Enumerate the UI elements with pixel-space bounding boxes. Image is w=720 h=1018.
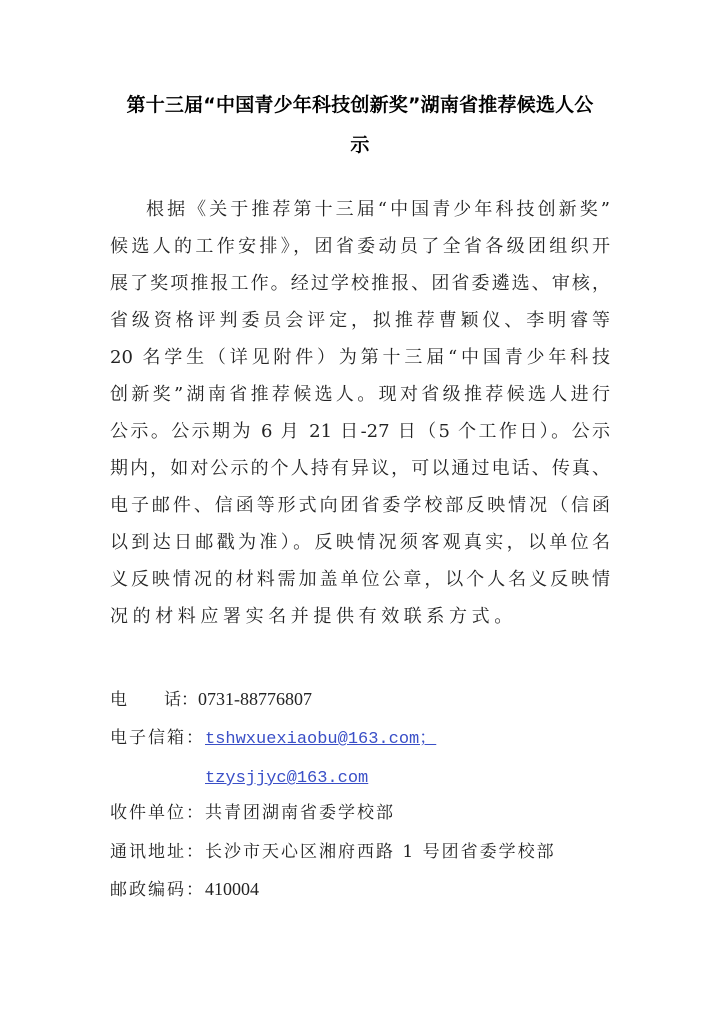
body-line: 20 名学生（详见附件）为第十三届“中国青少年科技 [110, 348, 610, 368]
body-line: 创新奖”湖南省推荐候选人。现对省级推荐候选人进行 [110, 385, 610, 405]
recipient-label: 收件单位： [110, 803, 205, 823]
address-value: 长沙市天心区湘府西路 1 号团省委学校部 [205, 842, 556, 862]
contact-phone: 电话：0731-88776807 [110, 689, 312, 710]
document-title-line-2: 示 [104, 135, 616, 155]
postcode-label: 邮政编码： [110, 880, 205, 900]
body-line: 省级资格评判委员会评定，拟推荐曹颖仪、李明睿等 [110, 311, 610, 331]
email-link-2[interactable]: tzysjjyc@163.com [205, 769, 368, 788]
body-line: 期内，如对公示的个人持有异议，可以通过电话、传真、 [110, 459, 610, 479]
address-label: 通讯地址： [110, 842, 205, 862]
document-title-line-1: 第十三届“中国青少年科技创新奖”湖南省推荐候选人公 [104, 95, 616, 115]
contact-email-2: tzysjjyc@163.com [205, 767, 368, 789]
body-line: 展了奖项推报工作。经过学校推报、团省委遴选、审核， [110, 274, 610, 294]
contact-email: 电子信箱：tshwxuexiaobu@163.com； [110, 728, 436, 750]
phone-label: 电话： [110, 690, 198, 710]
contact-address: 通讯地址：长沙市天心区湘府西路 1 号团省委学校部 [110, 842, 556, 862]
body-line: 电子邮件、信函等形式向团省委学校部反映情况（信函 [110, 496, 610, 516]
postcode-value: 410004 [205, 879, 259, 899]
email-label: 电子信箱： [110, 728, 205, 748]
contact-postcode: 邮政编码：410004 [110, 879, 259, 900]
body-line: 公示。公示期为 6 月 21 日-27 日（5 个工作日）。公示 [110, 422, 610, 442]
phone-value: 0731-88776807 [198, 689, 312, 709]
body-line: 候选人的工作安排》，团省委动员了全省各级团组织开 [110, 237, 610, 257]
body-line: 以到达日邮戳为准）。反映情况须客观真实，以单位名 [110, 533, 610, 553]
contact-recipient: 收件单位：共青团湖南省委学校部 [110, 803, 395, 823]
body-line: 况的材料应署实名并提供有效联系方式。 [110, 607, 610, 627]
email-link-1[interactable]: tshwxuexiaobu@163.com； [205, 730, 436, 749]
body-line: 根据《关于推荐第十三届“中国青少年科技创新奖” [146, 200, 610, 220]
body-line: 义反映情况的材料需加盖单位公章，以个人名义反映情 [110, 570, 610, 590]
recipient-value: 共青团湖南省委学校部 [205, 803, 395, 823]
document-page: 第十三届“中国青少年科技创新奖”湖南省推荐候选人公 示 根据《关于推荐第十三届“… [0, 0, 720, 1018]
